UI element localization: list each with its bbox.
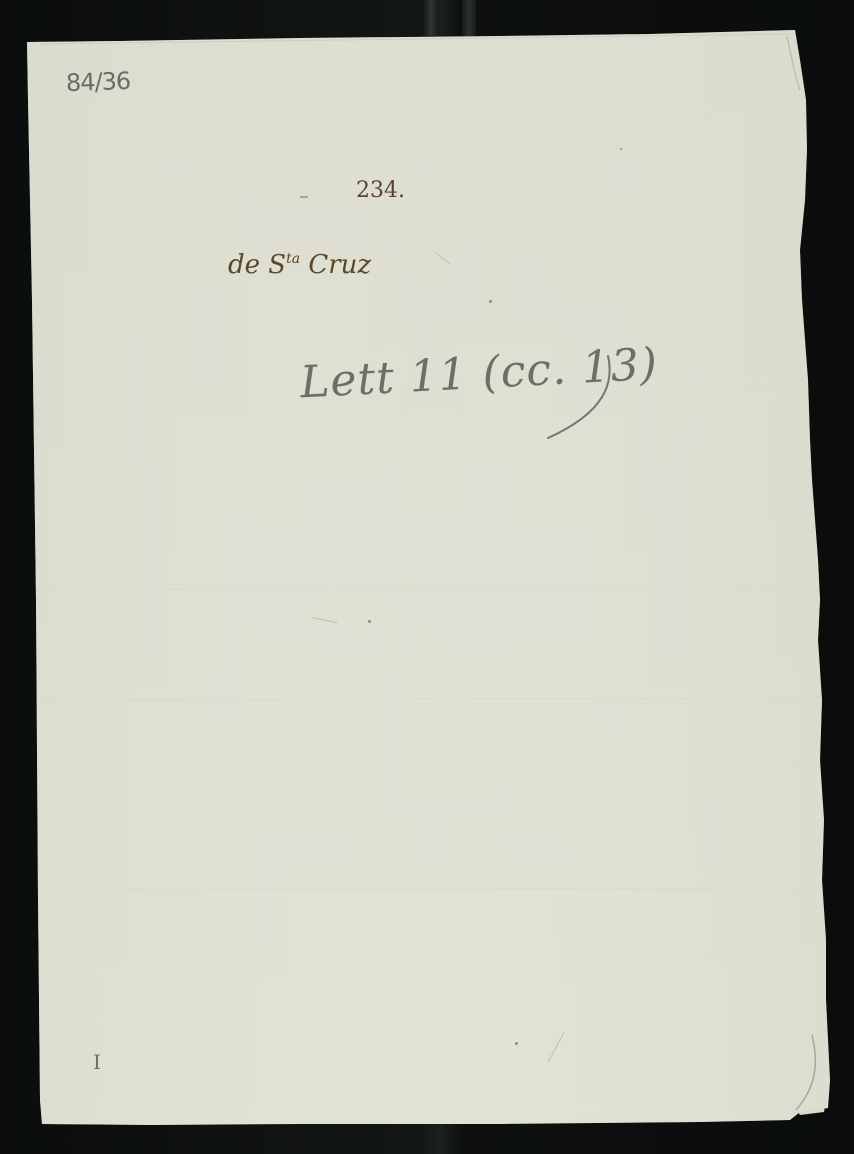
pencil-swoosh [540,352,620,442]
paper-speck [489,300,492,303]
part-numeral: I [93,1052,101,1072]
origin-prefix: de S [228,250,286,280]
paper-speck [368,620,371,623]
folio-dash [300,196,308,198]
paper-sheet [0,0,854,1154]
scanned-page: 84/36 234. de Sta Cruz Lett 11 (cc. 13) … [0,0,854,1154]
paper-speck [515,1042,518,1045]
origin-superscript: ta [286,251,300,267]
origin-name: Cruz [308,250,371,280]
paper-speck [620,148,622,150]
folio-number: 234. [356,180,405,202]
origin-note: de Sta Cruz [228,252,371,278]
archive-number: 84/36 [66,69,131,95]
